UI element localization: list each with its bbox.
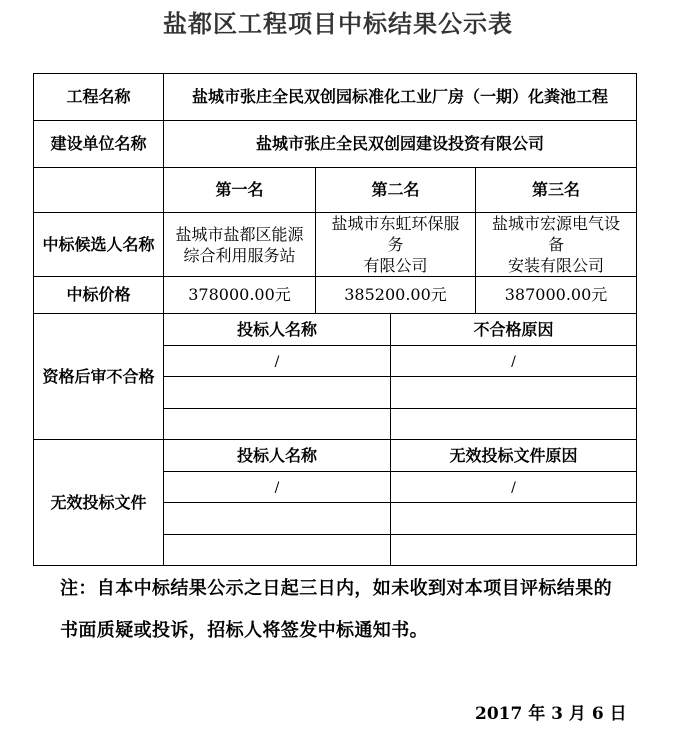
disqualified-bidder: / xyxy=(164,346,391,377)
ranking-header-row: 第一名 第二名 第三名 xyxy=(34,168,637,213)
invalid-bidder-header: 投标人名称 xyxy=(164,440,391,472)
disqualified-reason: / xyxy=(391,346,637,377)
rank-2-header: 第二名 xyxy=(316,168,476,213)
invalid-reason-header: 无效投标文件原因 xyxy=(391,440,637,472)
empty-cell xyxy=(34,168,164,213)
candidate-3-name: 盐城市宏源电气设备 安装有限公司 xyxy=(476,213,637,277)
candidate-1-name: 盐城市盐都区能源 综合利用服务站 xyxy=(164,213,316,277)
project-row: 工程名称 盐城市张庄全民双创园标准化工业厂房（一期）化粪池工程 xyxy=(34,74,637,121)
project-name: 盐城市张庄全民双创园标准化工业厂房（一期）化粪池工程 xyxy=(164,74,637,121)
rank-1-header: 第一名 xyxy=(164,168,316,213)
invalid-reason: / xyxy=(391,472,637,503)
prices-row: 中标价格 378000.00元 385200.00元 387000.00元 xyxy=(34,277,637,314)
note-line-2: 书面质疑或投诉，招标人将签发中标通知书。 xyxy=(60,619,428,643)
invalid-reason xyxy=(391,503,637,535)
result-table: 工程名称 盐城市张庄全民双创园标准化工业厂房（一期）化粪池工程 建设单位名称 盐… xyxy=(33,73,637,566)
candidates-label: 中标候选人名称 xyxy=(34,213,164,277)
publish-date: 2017 年 3 月 6 日 xyxy=(475,702,627,726)
invalid-bidder xyxy=(164,503,391,535)
builder-row: 建设单位名称 盐城市张庄全民双创园建设投资有限公司 xyxy=(34,121,637,168)
price-3: 387000.00元 xyxy=(476,277,637,314)
builder-name: 盐城市张庄全民双创园建设投资有限公司 xyxy=(164,121,637,168)
disqualified-reason-header: 不合格原因 xyxy=(391,314,637,346)
disqualified-reason xyxy=(391,377,637,409)
builder-label: 建设单位名称 xyxy=(34,121,164,168)
invalid-reason xyxy=(391,535,637,566)
invalid-header-row: 无效投标文件 投标人名称 无效投标文件原因 xyxy=(34,440,637,472)
invalid-label: 无效投标文件 xyxy=(34,440,164,566)
disqualified-header-row: 资格后审不合格 投标人名称 不合格原因 xyxy=(34,314,637,346)
disqualified-bidder xyxy=(164,377,391,409)
page-title: 盐都区工程项目中标结果公示表 xyxy=(0,8,676,40)
project-label: 工程名称 xyxy=(34,74,164,121)
disqualified-bidder-header: 投标人名称 xyxy=(164,314,391,346)
invalid-bidder xyxy=(164,535,391,566)
price-2: 385200.00元 xyxy=(316,277,476,314)
disqualified-label: 资格后审不合格 xyxy=(34,314,164,440)
disqualified-bidder xyxy=(164,409,391,440)
disqualified-reason xyxy=(391,409,637,440)
candidate-2-name: 盐城市东虹环保服务 有限公司 xyxy=(316,213,476,277)
rank-3-header: 第三名 xyxy=(476,168,637,213)
prices-label: 中标价格 xyxy=(34,277,164,314)
price-1: 378000.00元 xyxy=(164,277,316,314)
invalid-bidder: / xyxy=(164,472,391,503)
note-line-1: 注：自本中标结果公示之日起三日内，如未收到对本项目评标结果的 xyxy=(60,577,612,601)
candidates-row: 中标候选人名称 盐城市盐都区能源 综合利用服务站 盐城市东虹环保服务 有限公司 … xyxy=(34,213,637,277)
